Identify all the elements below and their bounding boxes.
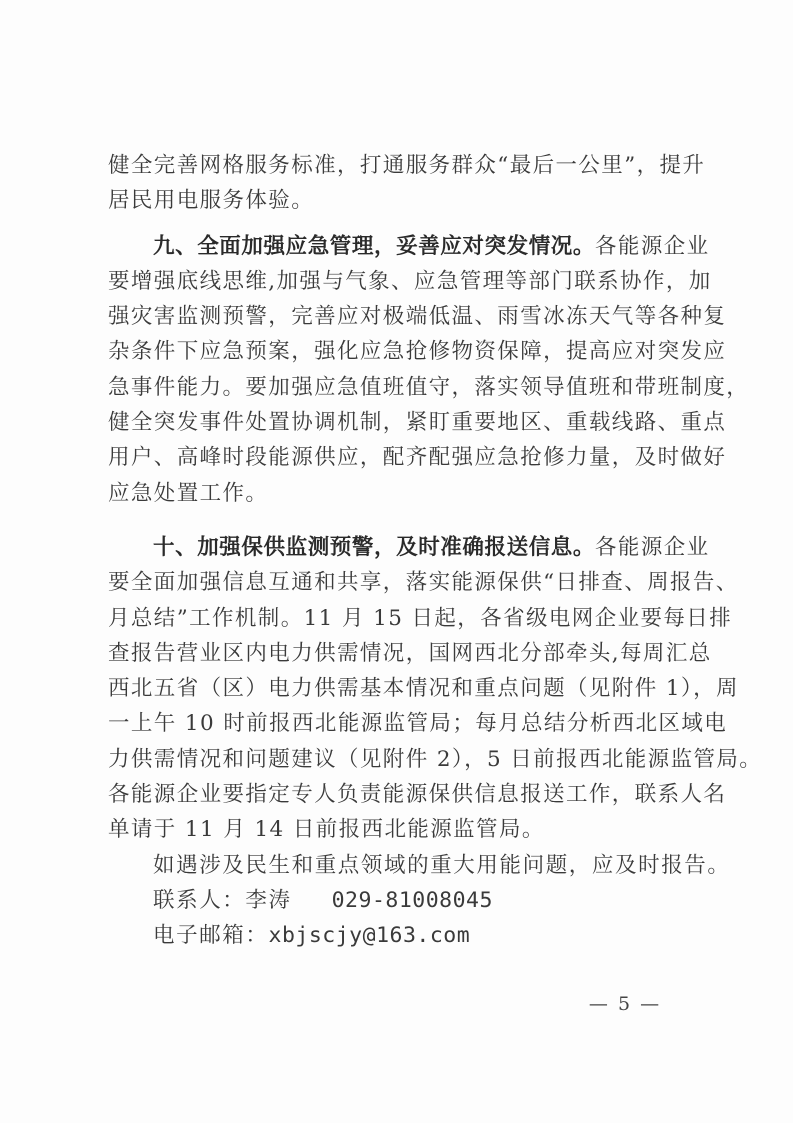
paragraph-line: 应急处置工作。 <box>108 476 664 511</box>
paragraph-line: 查报告营业区内电力供需情况，国网西北分部牵头,每周汇总 <box>108 636 664 671</box>
section-9-heading: 九、全面加强应急管理，妥善应对突发情况。 <box>153 234 595 259</box>
section-9-first-line: 九、全面加强应急管理，妥善应对突发情况。各能源企业 <box>108 229 664 264</box>
paragraph-line: 单请于 11 月 14 日前报西北能源监管局。 <box>108 812 664 847</box>
contact-phone: 029-81008045 <box>332 888 493 913</box>
paragraph-line: 月总结”工作机制。11 月 15 日起，各省级电网企业要每日排 <box>108 601 664 636</box>
section-10-lead-text: 各能源企业 <box>595 535 710 560</box>
email-label: 电子邮箱： <box>153 923 269 948</box>
paragraph-line: 杂条件下应急预案，强化应急抢修物资保障，提高应对突发应 <box>108 334 664 369</box>
email-line: 电子邮箱：xbjscjy@163.com <box>108 918 664 953</box>
section-9-lead-text: 各能源企业 <box>595 234 710 259</box>
closing-notice: 如遇涉及民生和重点领域的重大用能问题，应及时报告。 <box>108 848 664 883</box>
paragraph-line: 西北五省（区）电力供需基本情况和重点问题（见附件 1），周 <box>108 671 664 706</box>
section-10-heading: 十、加强保供监测预警，及时准确报送信息。 <box>153 535 595 560</box>
paragraph-line: 急事件能力。要加强应急值班值守，落实领导值班和带班制度， <box>108 370 664 405</box>
paragraph-line: 健全突发事件处置协调机制，紧盯重要地区、重载线路、重点 <box>108 405 664 440</box>
document-page: 健全完善网格服务标准，打通服务群众“最后一公里”，提升 居民用电服务体验。 九、… <box>108 148 668 954</box>
paragraph-line: 要全面加强信息互通和共享，落实能源保供“日排查、周报告、 <box>108 565 664 600</box>
paragraph-line: 健全完善网格服务标准，打通服务群众“最后一公里”，提升 <box>108 148 664 183</box>
contact-name: 李涛 <box>245 888 291 913</box>
contact-line: 联系人：李涛029-81008045 <box>108 883 664 918</box>
email-address: xbjscjy@163.com <box>269 923 471 948</box>
paragraph-line: 居民用电服务体验。 <box>108 183 664 218</box>
paragraph-line: 用户、高峰时段能源供应，配齐配强应急抢修力量，及时做好 <box>108 440 664 475</box>
paragraph-line: 力供需情况和问题建议（见附件 2），5 日前报西北能源监管局。 <box>108 742 664 777</box>
contact-label: 联系人： <box>153 888 245 913</box>
paragraph-line: 强灾害监测预警，完善应对极端低温、雨雪冰冻天气等各种复 <box>108 299 664 334</box>
paragraph-line: 一上午 10 时前报西北能源监管局；每月总结分析西北区域电 <box>108 706 664 741</box>
paragraph-line: 要增强底线思维,加强与气象、应急管理等部门联系协作，加 <box>108 264 664 299</box>
section-10-first-line: 十、加强保供监测预警，及时准确报送信息。各能源企业 <box>108 530 664 565</box>
paragraph-line: 各能源企业要指定专人负责能源保供信息报送工作，联系人名 <box>108 777 664 812</box>
page-number: — 5 — <box>580 993 670 1015</box>
